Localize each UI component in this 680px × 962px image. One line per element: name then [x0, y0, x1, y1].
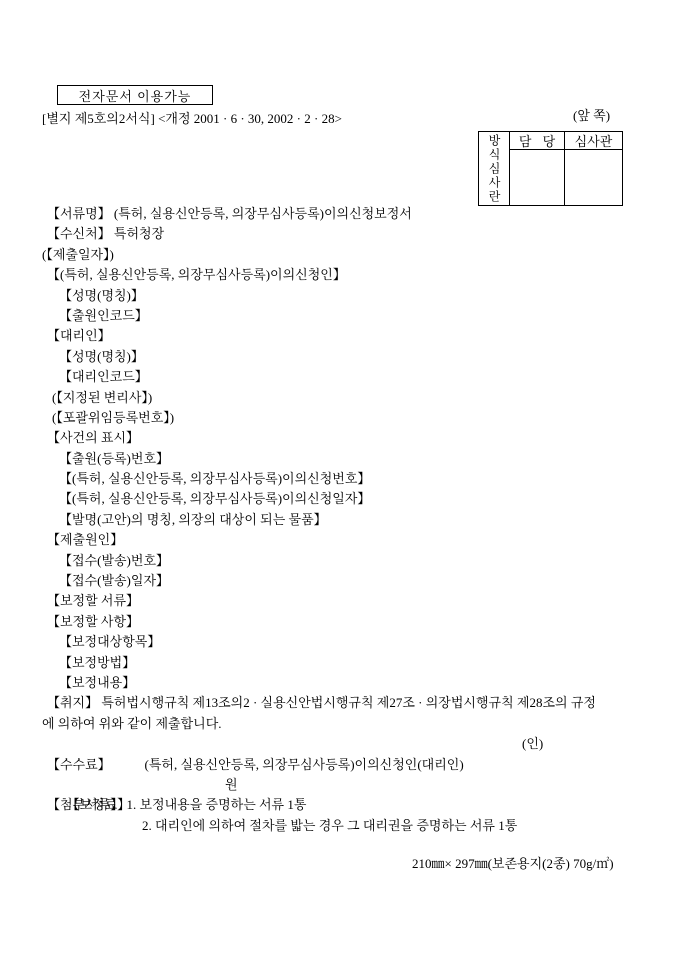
- form-body: 【서류명】 (특허, 실용신안등록, 의장무심사등록)이의신청보정서 【수신처】…: [0, 204, 680, 836]
- statement-purport-line2: 에 의하여 위와 같이 제출합니다.: [0, 714, 680, 734]
- field-document-name: 【서류명】 (특허, 실용신안등록, 의장무심사등록)이의신청보정서: [0, 204, 680, 224]
- electronic-document-notice-box: 전자문서 이용가능: [57, 85, 213, 105]
- field-amendment-method: 【보정방법】: [0, 653, 680, 673]
- field-submission-date: (【제출일자】): [0, 245, 680, 265]
- formality-review-columns: 담 당 심사관: [510, 132, 622, 205]
- formality-review-row-header: 방식심사란: [479, 132, 510, 205]
- field-delegation-number: (【포괄위임등록번호】): [0, 408, 680, 428]
- field-applicant-code: 【출원인코드】: [0, 306, 680, 326]
- formality-review-table: 방식심사란 담 당 심사관: [478, 131, 623, 206]
- field-agent-code: 【대리인코드】: [0, 367, 680, 387]
- field-opponent-name: 【성명(명칭)】: [0, 286, 680, 306]
- column-header-manager: 담 당: [510, 132, 565, 150]
- field-opposition-date: 【(특허, 실용신안등록, 의장무심사등록)이의신청일자】: [0, 489, 680, 509]
- field-fee: 【수수료】: [0, 755, 680, 775]
- seal-placeholder: (인): [522, 734, 543, 754]
- field-agent: 【대리인】: [0, 326, 680, 346]
- field-opposition-number: 【(특허, 실용신안등록, 의장무심사등록)이의신청번호】: [0, 469, 680, 489]
- currency-unit-label: 원: [225, 775, 238, 795]
- field-documents-to-amend: 【보정할 서류】: [0, 591, 680, 611]
- form-page: 전자문서 이용가능 [별지 제5호의2서식] <개정 2001 · 6 · 30…: [0, 0, 680, 962]
- field-receipt-number: 【접수(발송)번호】: [0, 551, 680, 571]
- field-opponent: 【(특허, 실용신안등록, 의장무심사등록)이의신청인】: [0, 265, 680, 285]
- field-invention-title: 【발명(고안)의 명칭, 의장의 대상이 되는 물품】: [0, 510, 680, 530]
- field-case-indication: 【사건의 표시】: [0, 428, 680, 448]
- signature-line: (특허, 실용신안등록, 의장무심사등록)이의신청인(대리인) (인): [0, 734, 680, 754]
- formality-review-vertical-label: 방식심사란: [488, 134, 500, 204]
- page-side-label: (앞 쪽): [573, 105, 610, 124]
- field-amendment-target: 【보정대상항목】: [0, 632, 680, 652]
- cell-manager-empty: [510, 150, 565, 205]
- column-header-examiner: 심사관: [565, 132, 622, 150]
- field-amendment-content: 【보정내용】: [0, 673, 680, 693]
- field-amendment-fee: 【보정료】 원: [0, 775, 680, 795]
- electronic-document-notice-label: 전자문서 이용가능: [79, 86, 192, 105]
- formality-review-body-row: [510, 150, 622, 205]
- statement-purport-line1: 【취지】 특허법시행규칙 제13조의2 · 실용신안법시행규칙 제27조 · 의…: [0, 693, 680, 713]
- field-application-number: 【출원(등록)번호】: [0, 449, 680, 469]
- paper-size-spec: 210㎜× 297㎜(보존용지(2종) 70g/㎡): [412, 853, 614, 872]
- field-attachments-line2: 2. 대리인에 의하여 절차를 밟는 경우 그 대리권을 증명하는 서류 1통: [0, 816, 680, 836]
- cell-examiner-empty: [565, 150, 622, 205]
- field-designated-attorney: (【지정된 변리사】): [0, 388, 680, 408]
- field-agent-name: 【성명(명칭)】: [0, 347, 680, 367]
- field-recipient: 【수신처】 특허청장: [0, 224, 680, 244]
- field-matters-to-amend: 【보정할 사항】: [0, 612, 680, 632]
- form-reference: [별지 제5호의2서식] <개정 2001 · 6 · 30, 2002 · 2…: [42, 108, 342, 127]
- formality-review-header-row: 담 당 심사관: [510, 132, 622, 150]
- field-receipt-date: 【접수(발송)일자】: [0, 571, 680, 591]
- field-attachments-line1: 【첨부서류】 1. 보정내용을 증명하는 서류 1통: [0, 795, 680, 815]
- field-submission-cause: 【제출원인】: [0, 530, 680, 550]
